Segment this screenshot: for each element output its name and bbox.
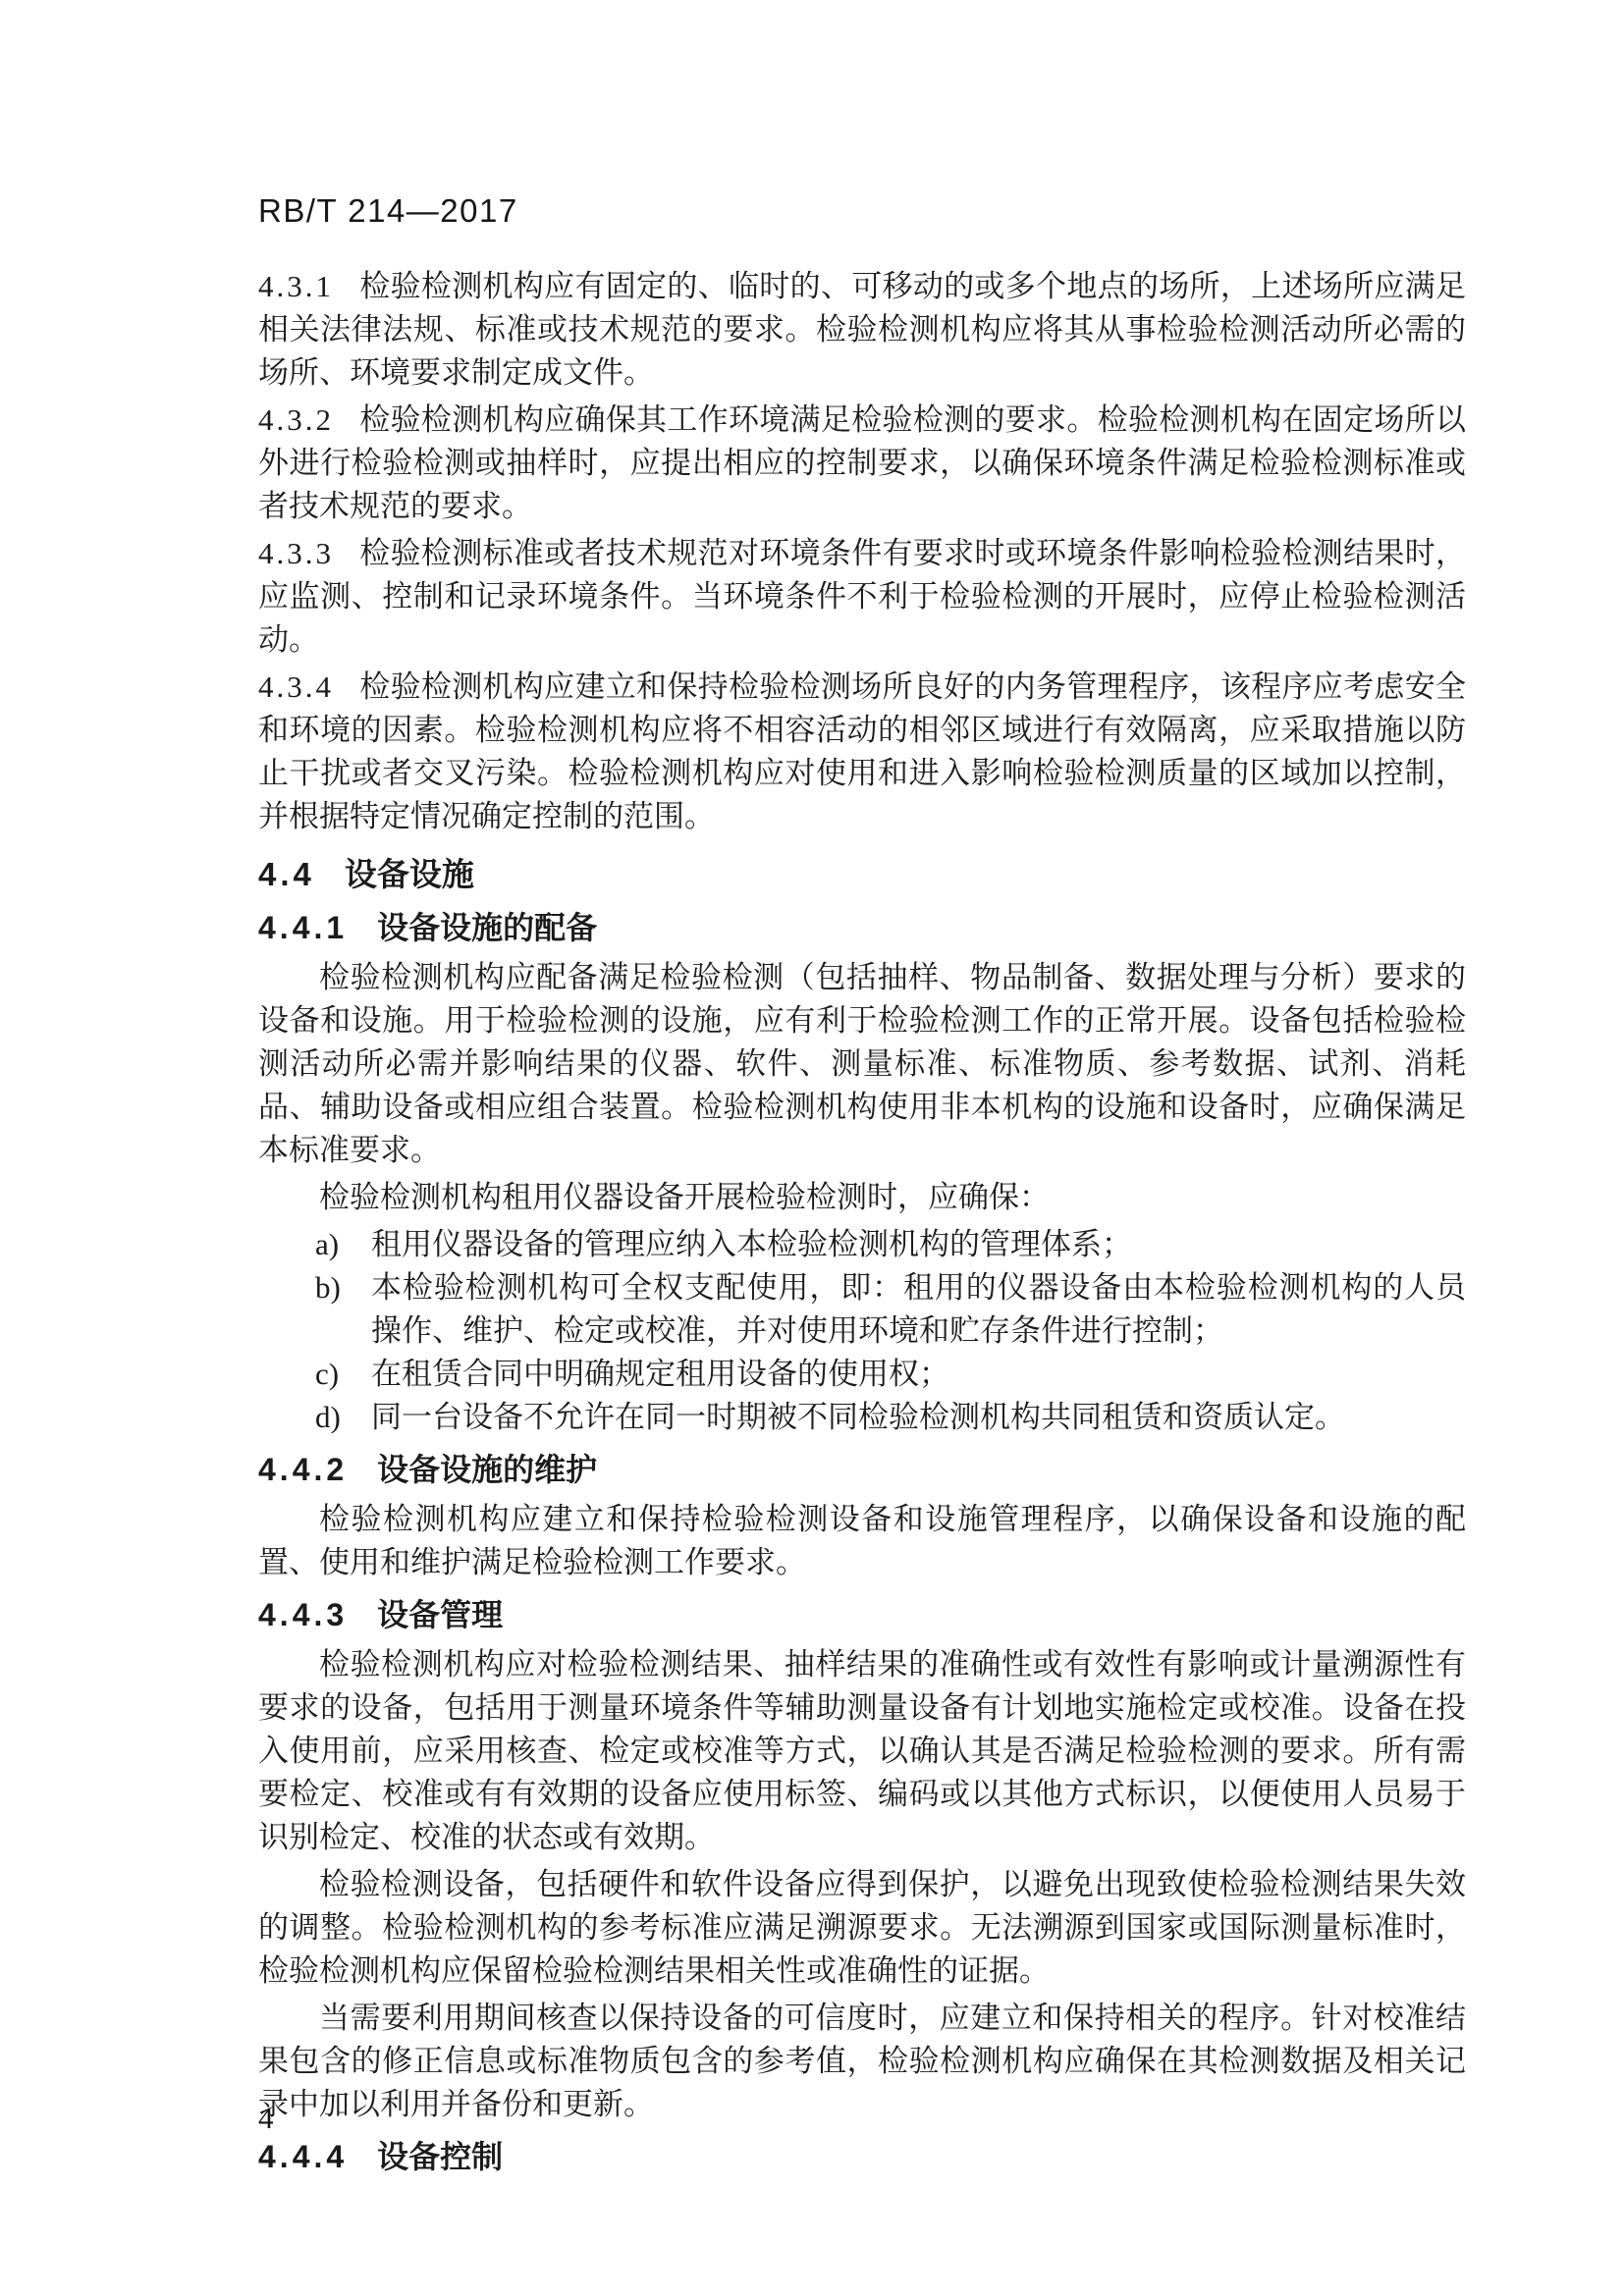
section-heading-4-4-1: 4.4.1设备设施的配备: [258, 905, 1466, 950]
list-item: a)租用仪器设备的管理应纳入本检验检测机构的管理体系；: [258, 1223, 1466, 1266]
heading-title: 设备设施的配备: [377, 910, 597, 945]
clause-number: 4.3.1: [258, 265, 334, 308]
list-item-marker: d): [315, 1396, 371, 1439]
list-item-marker: a): [315, 1223, 371, 1266]
clause-text: 检验检测机构应建立和保持检验检测场所良好的内务管理程序，该程序应考虑安全和环境的…: [258, 669, 1466, 833]
heading-number: 4.4.3: [258, 1592, 348, 1637]
clause-4-3-1: 4.3.1检验检测机构应有固定的、临时的、可移动的或多个地点的场所，上述场所应满…: [258, 265, 1466, 395]
heading-title: 设备设施的维护: [377, 1452, 597, 1487]
list-item: d)同一台设备不允许在同一时期被不同检验检测机构共同租赁和资质认定。: [258, 1396, 1466, 1439]
page-number: 4: [258, 2101, 274, 2136]
heading-number: 4.4.1: [258, 905, 348, 950]
paragraph-maintenance: 检验检测机构应建立和保持检验检测设备和设施管理程序，以确保设备和设施的配置、使用…: [258, 1498, 1466, 1584]
heading-title: 设备控制: [377, 2139, 503, 2174]
paragraph-equipment-provision: 检验检测机构应配备满足检验检测（包括抽样、物品制备、数据处理与分析）要求的设备和…: [258, 956, 1466, 1172]
clause-text: 检验检测机构应确保其工作环境满足检验检测的要求。检验检测机构在固定场所以外进行检…: [258, 402, 1466, 523]
paragraph-protection: 检验检测设备，包括硬件和软件设备应得到保护，以避免出现致使检验检测结果失效的调整…: [258, 1863, 1466, 1993]
clause-4-3-3: 4.3.3检验检测标准或者技术规范对环境条件有要求时或环境条件影响检验检测结果时…: [258, 532, 1466, 662]
equipment-lease-list: a)租用仪器设备的管理应纳入本检验检测机构的管理体系； b)本检验检测机构可全权…: [258, 1223, 1466, 1439]
paragraph-lease-lead-in: 检验检测机构租用仪器设备开展检验检测时，应确保：: [258, 1176, 1466, 1219]
clause-number: 4.3.2: [258, 399, 334, 442]
list-item-text: 同一台设备不允许在同一时期被不同检验检测机构共同租赁和资质认定。: [371, 1396, 1466, 1439]
heading-number: 4.4.4: [258, 2134, 348, 2179]
list-item: b)本检验检测机构可全权支配使用，即：租用的仪器设备由本检验检测机构的人员操作、…: [258, 1266, 1466, 1353]
list-item-text: 租用仪器设备的管理应纳入本检验检测机构的管理体系；: [371, 1223, 1466, 1266]
section-heading-4-4: 4.4设备设施: [258, 852, 1466, 897]
paragraph-interim-checks: 当需要利用期间核查以保持设备的可信度时，应建立和保持相关的程序。针对校准结果包含…: [258, 1997, 1466, 2126]
clause-4-3-2: 4.3.2检验检测机构应确保其工作环境满足检验检测的要求。检验检测机构在固定场所…: [258, 399, 1466, 528]
document-page: RB/T 214—2017 4.3.1检验检测机构应有固定的、临时的、可移动的或…: [0, 0, 1624, 2296]
page-content: 4.3.1检验检测机构应有固定的、临时的、可移动的或多个地点的场所，上述场所应满…: [258, 265, 1466, 2185]
section-heading-4-4-4: 4.4.4设备控制: [258, 2134, 1466, 2179]
clause-text: 检验检测标准或者技术规范对环境条件有要求时或环境条件影响检验检测结果时，应监测、…: [258, 536, 1466, 657]
heading-title: 设备管理: [377, 1597, 503, 1632]
paragraph-calibration: 检验检测机构应对检验检测结果、抽样结果的准确性或有效性有影响或计量溯源性有要求的…: [258, 1643, 1466, 1859]
clause-text: 检验检测机构应有固定的、临时的、可移动的或多个地点的场所，上述场所应满足相关法律…: [258, 269, 1466, 390]
list-item-marker: c): [315, 1353, 371, 1396]
standard-number-header: RB/T 214—2017: [258, 192, 518, 230]
heading-number: 4.4: [258, 852, 315, 897]
list-item-marker: b): [315, 1266, 371, 1353]
list-item-text: 本检验检测机构可全权支配使用，即：租用的仪器设备由本检验检测机构的人员操作、维护…: [371, 1266, 1466, 1353]
heading-number: 4.4.2: [258, 1447, 348, 1492]
clause-number: 4.3.4: [258, 666, 334, 709]
clause-number: 4.3.3: [258, 532, 334, 575]
section-heading-4-4-2: 4.4.2设备设施的维护: [258, 1447, 1466, 1492]
heading-title: 设备设施: [345, 856, 474, 892]
section-heading-4-4-3: 4.4.3设备管理: [258, 1592, 1466, 1637]
list-item: c)在租赁合同中明确规定租用设备的使用权；: [258, 1353, 1466, 1396]
clause-4-3-4: 4.3.4检验检测机构应建立和保持检验检测场所良好的内务管理程序，该程序应考虑安…: [258, 666, 1466, 838]
list-item-text: 在租赁合同中明确规定租用设备的使用权；: [371, 1353, 1466, 1396]
